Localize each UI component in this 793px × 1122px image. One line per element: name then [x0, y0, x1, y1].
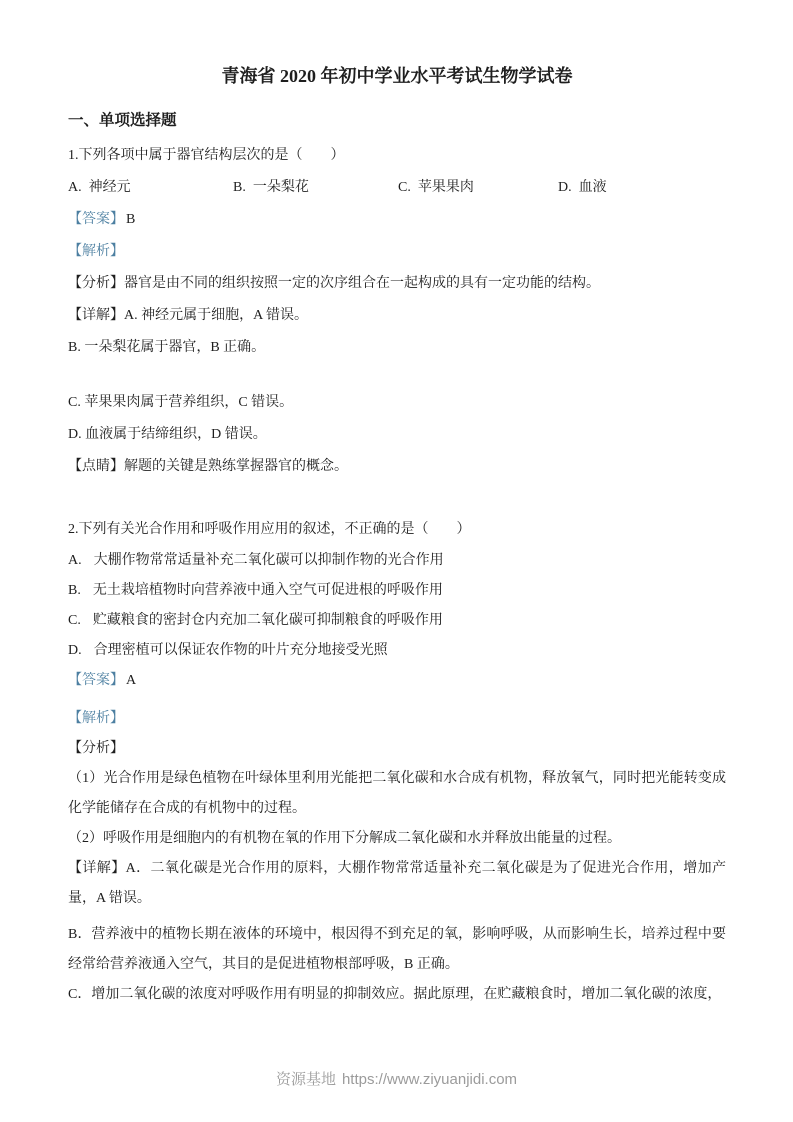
q2-option-a: A.大棚作物常常适量补充二氧化碳可以抑制作物的光合作用 — [68, 546, 726, 576]
option-text: 无土栽培植物时向营养液中通入空气可促进根的呼吸作用 — [93, 583, 443, 598]
q2-analysis-heading-line: 【分析】 — [68, 734, 726, 764]
q2-analysis-tag-line: 【解析】 — [68, 704, 726, 734]
option-label: A. — [68, 553, 82, 568]
q2-detail-b-paragraph: B．营养液中的植物长期在液体的环境中，根因得不到充足的氧，影响呼吸，从而影响生长… — [68, 920, 726, 980]
q1-option-b: B.一朵梨花 — [233, 172, 398, 204]
question-2-stem: 2.下列有关光合作用和呼吸作用应用的叙述，不正确的是（ ） — [68, 514, 726, 546]
q1-options-row: A.神经元 B.一朵梨花 C.苹果果肉 D.血液 — [68, 172, 726, 204]
page-footer: 资源基地https://www.ziyuanjidi.com — [0, 1068, 793, 1089]
option-label: D. — [68, 643, 82, 658]
option-text: 神经元 — [89, 180, 131, 195]
page-title: 青海省 2020 年初中学业水平考试生物学试卷 — [68, 64, 726, 88]
q1-option-d: D.血液 — [558, 172, 607, 204]
answer-tag: 【答案】 — [68, 673, 124, 688]
q2-detail-c-line: C．增加二氧化碳的浓度对呼吸作用有明显的抑制效应。据此原理，在贮藏粮食时，增加二… — [68, 980, 726, 1010]
option-label: B. — [233, 180, 246, 195]
option-label: C. — [398, 180, 411, 195]
option-label: C. — [68, 613, 81, 628]
q1-option-c: C.苹果果肉 — [398, 172, 558, 204]
q1-detail-d-line: D. 血液属于结缔组织，D 错误。 — [68, 419, 726, 451]
q1-detail-a-line: 【详解】A. 神经元属于细胞，A 错误。 — [68, 300, 726, 332]
q2-analysis-paragraph-2: （2）呼吸作用是细胞内的有机物在氧的作用下分解成二氧化碳和水并释放出能量的过程。 — [68, 824, 726, 854]
footer-url[interactable]: https://www.ziyuanjidi.com — [342, 1071, 517, 1088]
q1-detail-b-line: B. 一朵梨花属于器官，B 正确。 — [68, 332, 726, 364]
exam-document: 青海省 2020 年初中学业水平考试生物学试卷 一、单项选择题 1.下列各项中属… — [0, 64, 793, 1010]
option-label: D. — [558, 180, 572, 195]
footer-site-name: 资源基地 — [276, 1071, 336, 1088]
option-text: 合理密植可以保证农作物的叶片充分地接受光照 — [94, 643, 388, 658]
q2-detail-a-paragraph: 【详解】A．二氧化碳是光合作用的原料，大棚作物常常适量补充二氧化碳是为了促进光合… — [68, 854, 726, 914]
option-label: A. — [68, 180, 82, 195]
q1-answer-line: 【答案】B — [68, 204, 726, 236]
analysis-tag: 【解析】 — [68, 244, 124, 259]
answer-value: B — [126, 212, 135, 227]
option-text: 血液 — [579, 180, 607, 195]
q1-analysis-line: 【分析】器官是由不同的组织按照一定的次序组合在一起构成的具有一定功能的结构。 — [68, 268, 726, 300]
answer-tag: 【答案】 — [68, 212, 124, 227]
blank-line — [68, 364, 726, 387]
q1-tip-line: 【点睛】解题的关键是熟练掌握器官的概念。 — [68, 451, 726, 483]
question-2: 2.下列有关光合作用和呼吸作用应用的叙述，不正确的是（ ） A.大棚作物常常适量… — [68, 514, 726, 1010]
option-label: B. — [68, 583, 81, 598]
q2-option-b: B.无土栽培植物时向营养液中通入空气可促进根的呼吸作用 — [68, 576, 726, 606]
q1-analysis-tag-line: 【解析】 — [68, 236, 726, 268]
answer-value: A — [126, 673, 136, 688]
option-text: 贮藏粮食的密封仓内充加二氧化碳可抑制粮食的呼吸作用 — [93, 613, 443, 628]
section-heading: 一、单项选择题 — [68, 110, 726, 132]
q2-analysis-paragraph-1: （1）光合作用是绿色植物在叶绿体里利用光能把二氧化碳和水合成有机物，释放氧气，同… — [68, 764, 726, 824]
analysis-tag: 【解析】 — [68, 711, 124, 726]
q2-option-c: C.贮藏粮食的密封仓内充加二氧化碳可抑制粮食的呼吸作用 — [68, 606, 726, 636]
question-1: 1.下列各项中属于器官结构层次的是（ ） A.神经元 B.一朵梨花 C.苹果果肉… — [68, 140, 726, 483]
question-1-stem: 1.下列各项中属于器官结构层次的是（ ） — [68, 140, 726, 172]
option-text: 一朵梨花 — [253, 180, 309, 195]
q1-detail-c-line: C. 苹果果肉属于营养组织，C 错误。 — [68, 387, 726, 419]
option-text: 大棚作物常常适量补充二氧化碳可以抑制作物的光合作用 — [94, 553, 444, 568]
q1-option-a: A.神经元 — [68, 172, 233, 204]
q2-answer-line: 【答案】A — [68, 666, 726, 696]
blank-line — [68, 483, 726, 514]
q2-option-d: D.合理密植可以保证农作物的叶片充分地接受光照 — [68, 636, 726, 666]
option-text: 苹果果肉 — [418, 180, 474, 195]
